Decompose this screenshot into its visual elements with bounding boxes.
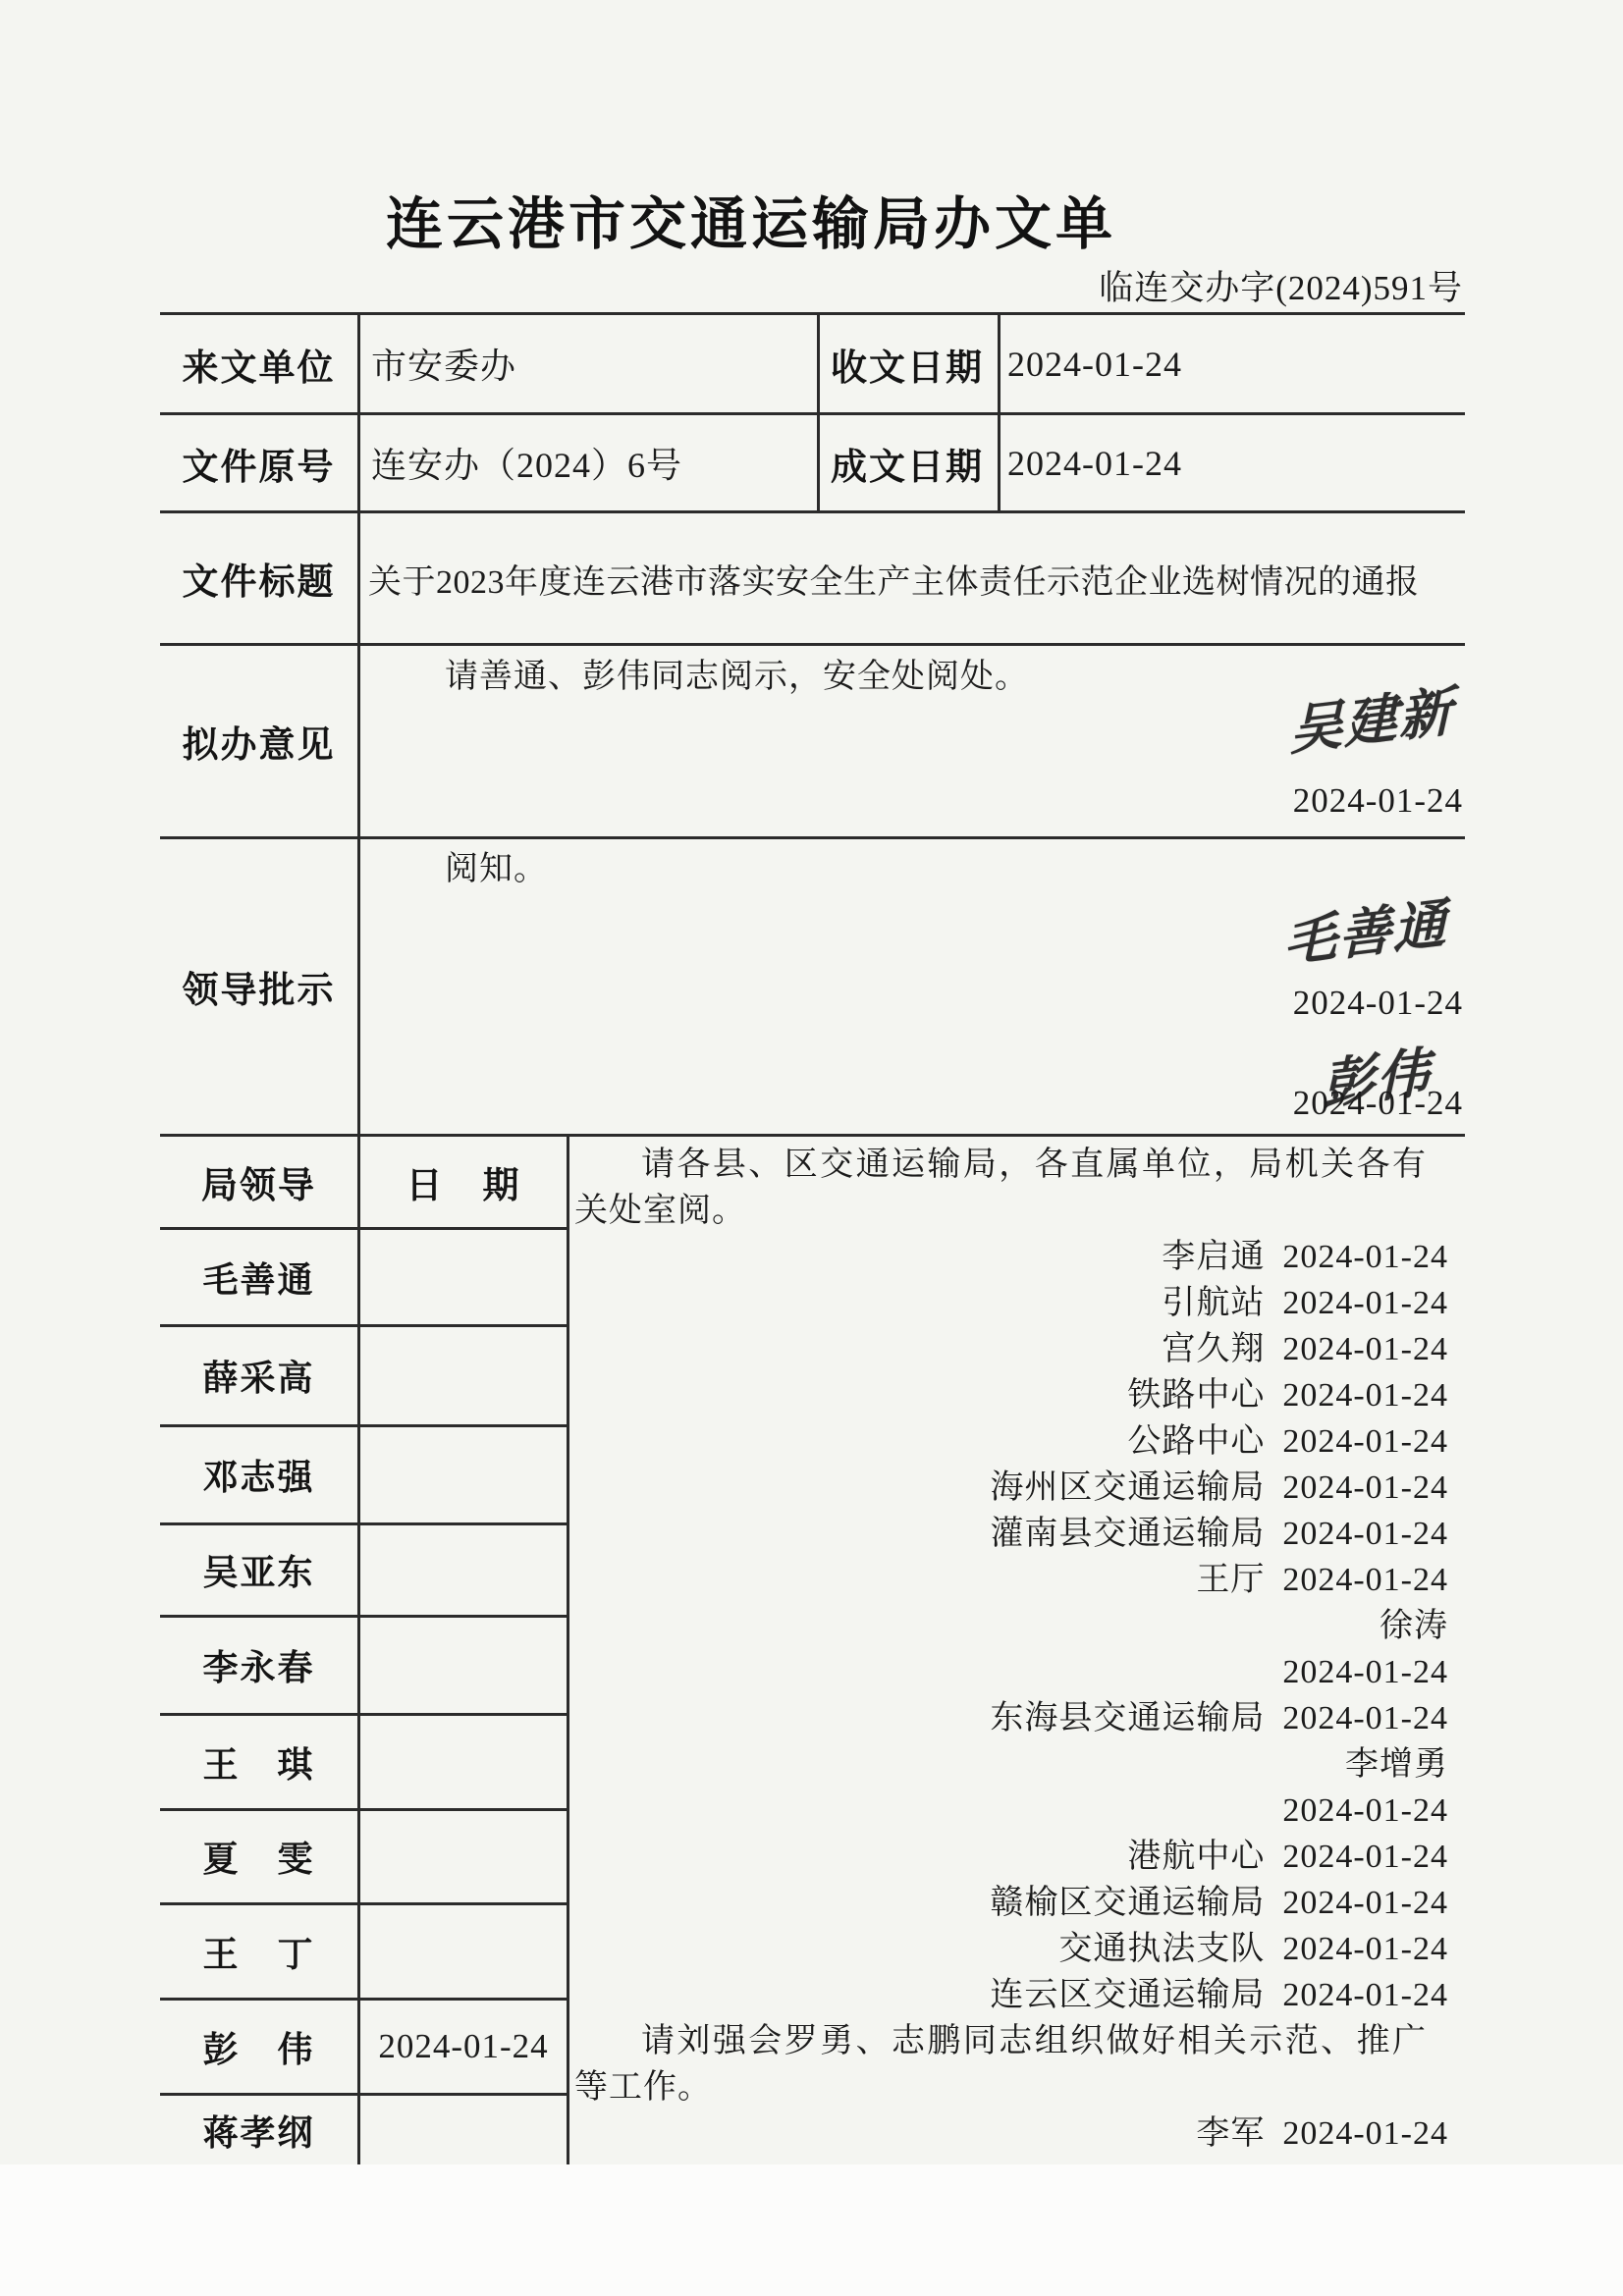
from-unit-value-cell: 市安委办 <box>371 315 813 412</box>
doc-title-label-cell: 文件标题 <box>160 513 357 643</box>
circulation-entry: 引航站2024-01-24 <box>574 1280 1456 1326</box>
leader-row-name: 邓志强 <box>160 1427 357 1522</box>
from-unit-value: 市安委办 <box>371 339 516 389</box>
document-number: 临连交办字(2024)591号 <box>785 261 1463 310</box>
instructions-label: 领导批示 <box>183 960 336 1013</box>
leader-row-name: 蒋孝纲 <box>160 2096 357 2164</box>
circulation-entry: 李增勇 <box>574 1741 1456 1788</box>
receive-date-label-cell: 收文日期 <box>820 315 995 412</box>
circulation-entry: 宫久翔2024-01-24 <box>574 1326 1456 1372</box>
instructions-text: 阅知。 <box>378 846 1448 892</box>
from-unit-label-cell: 来文单位 <box>160 315 357 412</box>
made-date-value: 2024-01-24 <box>1007 443 1182 484</box>
instructions-signature-1-date: 2024-01-24 <box>1080 984 1463 1023</box>
page-title: 连云港市交通运输局办文单 <box>98 190 1404 257</box>
leaders-header-date: 日 期 <box>406 1155 521 1208</box>
orig-number-value-cell: 连安办（2024）6号 <box>371 415 813 510</box>
circulation-entry: 海州区交通运输局2024-01-24 <box>574 1465 1456 1511</box>
circulation-entry: 公路中心2024-01-24 <box>574 1418 1456 1465</box>
circulation-paragraph-2: 请刘强会罗勇、志鹏同志组织做好相关示范、推广等工作。 <box>574 2018 1427 2110</box>
orig-number-label: 文件原号 <box>183 437 336 490</box>
leader-row-name: 彭 伟 <box>160 2001 357 2093</box>
orig-number-label-cell: 文件原号 <box>160 415 357 510</box>
receive-date-value-cell: 2024-01-24 <box>1007 315 1459 412</box>
doc-title-label: 文件标题 <box>183 552 336 605</box>
table-border-line <box>567 1134 569 2164</box>
doc-title-value-cell: 关于2023年度连云港市落实安全生产主体责任示范企业选树情况的通报 <box>368 513 1463 643</box>
doc-title-value: 关于2023年度连云港市落实安全生产主体责任示范企业选树情况的通报 <box>368 555 1420 603</box>
circulation-entry: 灌南县交通运输局2024-01-24 <box>574 1511 1456 1557</box>
made-date-label: 成文日期 <box>831 437 984 490</box>
circulation-entry: 赣榆区交通运输局2024-01-24 <box>574 1880 1456 1926</box>
circulation-entry: 连云区交通运输局2024-01-24 <box>574 1972 1456 2018</box>
leader-row-name: 李永春 <box>160 1618 357 1713</box>
opinion-text: 请善通、彭伟同志阅示，安全处阅处。 <box>378 654 1448 700</box>
from-unit-label: 来文单位 <box>183 338 336 391</box>
circulation-entry: 铁路中心2024-01-24 <box>574 1372 1456 1418</box>
circulation-entry: 东海县交通运输局2024-01-24 <box>574 1695 1456 1741</box>
scan-page-edge <box>0 2164 1623 2296</box>
document-sheet: 连云港市交通运输局办文单 临连交办字(2024)591号 来文单位 市安委办 收… <box>0 0 1623 2296</box>
instructions-signature-2-date: 2024-01-24 <box>1080 1084 1463 1123</box>
circulation-paragraph-1: 请各县、区交通运输局，各直属单位，局机关各有关处室阅。 <box>574 1142 1427 1234</box>
receive-date-label: 收文日期 <box>831 338 984 391</box>
circulation-entry: 徐涛 <box>574 1603 1456 1649</box>
circulation-cell: 请各县、区交通运输局，各直属单位，局机关各有关处室阅。 李启通2024-01-2… <box>574 1142 1456 2157</box>
circulation-final-entry: 李军2024-01-24 <box>574 2110 1456 2157</box>
leader-row-name: 毛善通 <box>160 1230 357 1324</box>
leaders-header-name: 局领导 <box>201 1155 316 1208</box>
table-border-line <box>357 312 360 2164</box>
leader-row-name: 夏 雯 <box>160 1811 357 1902</box>
circulation-entry: 交通执法支队2024-01-24 <box>574 1926 1456 1972</box>
circulation-entry-date: 2024-01-24 <box>574 1649 1456 1695</box>
opinion-label: 拟办意见 <box>183 715 336 768</box>
circulation-entry: 李启通2024-01-24 <box>574 1234 1456 1280</box>
circulation-entry-date: 2024-01-24 <box>574 1788 1456 1834</box>
leader-row-name: 王 丁 <box>160 1905 357 1998</box>
made-date-label-cell: 成文日期 <box>820 415 995 510</box>
opinion-signature-date: 2024-01-24 <box>1080 781 1463 821</box>
made-date-value-cell: 2024-01-24 <box>1007 415 1459 510</box>
leaders-header-name-cell: 局领导 <box>160 1137 357 1227</box>
leaders-header-date-cell: 日 期 <box>360 1137 567 1227</box>
opinion-label-cell: 拟办意见 <box>160 646 357 836</box>
circulation-entry: 王厅2024-01-24 <box>574 1557 1456 1603</box>
leader-row-name: 薛采高 <box>160 1327 357 1424</box>
circulation-entry: 港航中心2024-01-24 <box>574 1834 1456 1880</box>
instructions-label-cell: 领导批示 <box>160 839 357 1134</box>
orig-number-value: 连安办（2024）6号 <box>371 438 682 488</box>
table-border-line <box>998 312 1001 513</box>
leader-row-name: 王 琪 <box>160 1716 357 1808</box>
instructions-signature-1: 毛善通 <box>1283 881 1448 978</box>
leader-row-name: 吴亚东 <box>160 1525 357 1615</box>
leader-row-date: 2024-01-24 <box>360 2001 567 2093</box>
receive-date-value: 2024-01-24 <box>1007 344 1182 385</box>
